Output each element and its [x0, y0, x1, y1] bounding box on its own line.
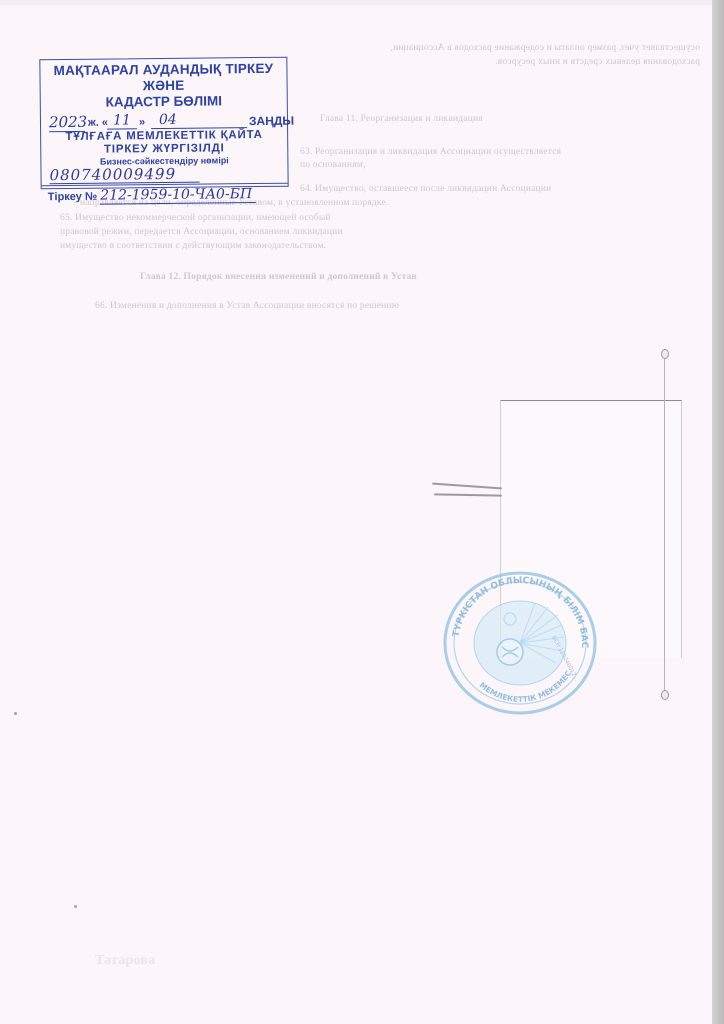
- stamp-registration-number: Тіркеу № 212-1959-10-ЧА0-БП: [48, 185, 282, 206]
- stamp-year-suffix: ж. «: [88, 117, 108, 129]
- scan-speck: [74, 905, 77, 908]
- stamp-org-name: МАҚТААРАЛ АУДАНДЫҚ ТІРКЕУ ЖӘНЕ: [46, 61, 280, 95]
- bleed-text-line: 63. Реорганизация и ликвидация Ассоциаци…: [300, 146, 690, 158]
- stamp-bin-value: 080740009499: [49, 167, 199, 185]
- stamp-day: 11: [107, 112, 137, 129]
- page-top-edge: [0, 0, 712, 5]
- stamp-month: 04: [151, 111, 247, 129]
- stamp-org-name-2: КАДАСТР БӨЛІМІ: [47, 93, 281, 111]
- bleed-text-line: 65. Имущество некоммерческой организации…: [60, 212, 700, 224]
- official-round-seal: ТҮРКІСТАН ОБЛЫСЫНЫҢ БІЛІМ БАСҚАРМАСЫ МЕМ…: [440, 567, 600, 717]
- bleed-text-line: правовой режим, передается Ассоциации, о…: [60, 226, 700, 238]
- bleed-text-line: расходования целевых средств и иных ресу…: [300, 56, 700, 68]
- thread-knot-icon: [661, 690, 669, 700]
- bleed-text-line: осуществляет учет, размер оплаты и содер…: [60, 42, 700, 54]
- thread-knot-icon: [661, 349, 669, 359]
- registration-stamp: МАҚТААРАЛ АУДАНДЫҚ ТІРКЕУ ЖӘНЕ КАДАСТР Б…: [39, 57, 288, 190]
- scan-speck: [14, 712, 17, 715]
- bleed-heading: Глава 12. Порядок внесения изменений и д…: [140, 271, 620, 283]
- bleed-text-line: по основаниям,: [300, 159, 420, 171]
- bleed-text-line: имущество в соответствии с действующим з…: [60, 240, 700, 252]
- binding-thread: [664, 352, 665, 697]
- stamp-year: 2023: [49, 113, 85, 132]
- stamp-reg-label: Тіркеу №: [48, 191, 98, 204]
- stamp-day-suffix: »: [139, 116, 145, 128]
- bleed-text-line: 64. Имущество, оставшееся после ликвидац…: [300, 183, 700, 195]
- bleed-heading: Глава 11. Реорганизация и ликвидация: [320, 113, 650, 125]
- stamp-zandy: ЗАҢДЫ: [249, 114, 294, 128]
- scanner-edge: [712, 0, 724, 1024]
- bleed-text-line: Татарова: [95, 955, 175, 967]
- stamp-date-row: 2023 ж. « 11 » 04 ЗАҢДЫ: [47, 111, 281, 131]
- seal-emblem-icon: ТҮРКІСТАН ОБЛЫСЫНЫҢ БІЛІМ БАСҚАРМАСЫ МЕМ…: [440, 567, 600, 717]
- bleed-text-line: 66. Изменения и дополнения в Устав Ассоц…: [95, 300, 655, 312]
- stamp-reg-value: 212-1959-10-ЧА0-БП: [100, 186, 256, 205]
